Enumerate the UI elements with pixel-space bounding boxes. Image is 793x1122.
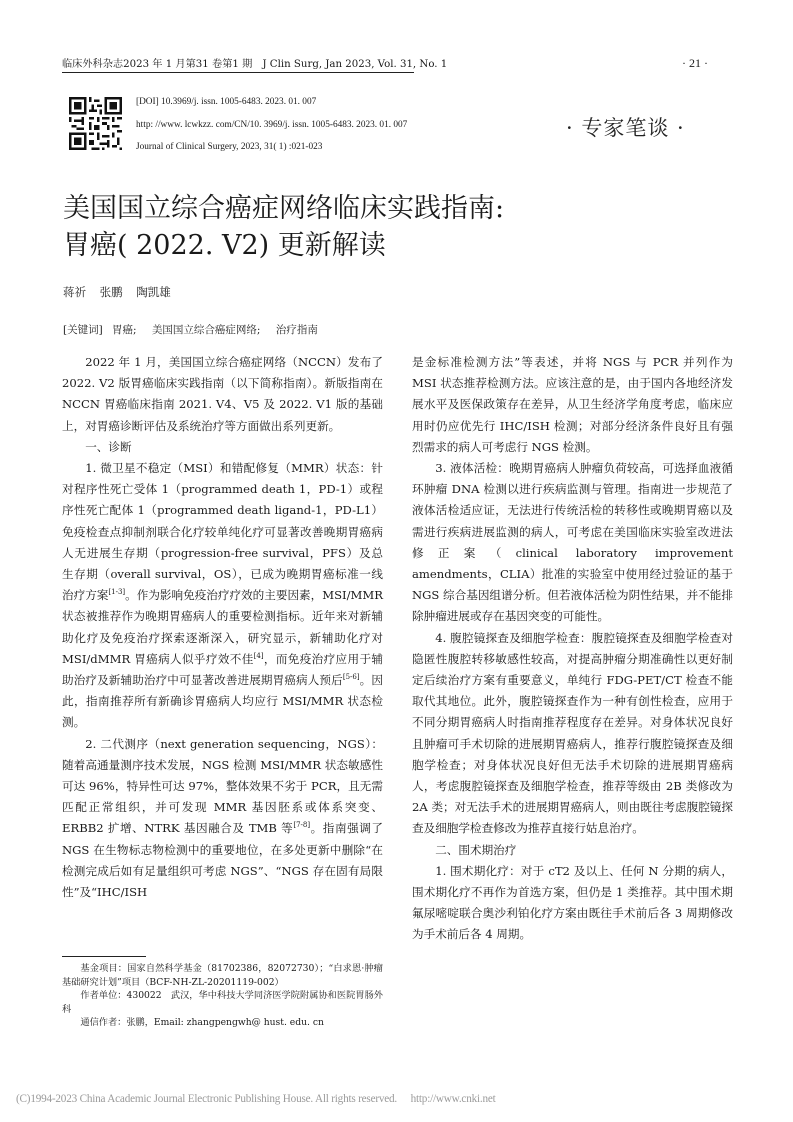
article-title: 美国国立综合癌症网络临床实践指南: 胃癌( 2022. V2) 更新解读 bbox=[63, 190, 563, 264]
author: 陶凯雄 bbox=[136, 285, 171, 299]
text: 1. 微卫星不稳定（MSI）和错配修复（MMR）状态：针对程序性死亡受体 1（p… bbox=[62, 461, 383, 602]
paragraph-laparoscopy: 4. 腹腔镜探查及细胞学检查：腹腔镜探查及细胞学检查对隐匿性腹腔转移敏感性较高，… bbox=[412, 628, 733, 840]
paragraph-perioperative-chemo: 1. 围术期化疗：对于 cT2 及以上、任何 N 分期的病人，围术期化疗不再作为… bbox=[412, 861, 733, 946]
copyright-footer: (C)1994-2023 China Academic Journal Elec… bbox=[16, 1090, 496, 1106]
keyword: 胃癌; bbox=[112, 324, 137, 336]
paragraph-liquid-biopsy: 3. 液体活检：晚期胃癌病人肿瘤负荷较高，可选择血液循环肿瘤 DNA 检测以进行… bbox=[412, 458, 733, 628]
paragraph-ngs: 2. 二代测序（next generation sequencing，NGS）：… bbox=[62, 734, 383, 904]
qr-code-icon[interactable] bbox=[69, 97, 122, 150]
citation: Journal of Clinical Surgery, 2023, 31( 1… bbox=[136, 142, 322, 152]
keywords: [关键词] 胃癌; 美国国立综合癌症网络; 治疗指南 bbox=[63, 322, 330, 337]
doi: [DOI] 10.3969/j. issn. 1005-6483. 2023. … bbox=[136, 97, 316, 107]
body-column-left: 2022 年 1 月，美国国立综合癌症网络（NCCN）发布了 2022. V2 … bbox=[62, 352, 383, 903]
paragraph-msi-mmr: 1. 微卫星不稳定（MSI）和错配修复（MMR）状态：针对程序性死亡受体 1（p… bbox=[62, 458, 383, 734]
intro-paragraph: 2022 年 1 月，美国国立综合癌症网络（NCCN）发布了 2022. V2 … bbox=[62, 352, 383, 437]
author: 张鹏 bbox=[100, 285, 123, 299]
citation-ref[interactable]: [1-3] bbox=[108, 588, 125, 596]
citation-ref[interactable]: [7-8] bbox=[293, 821, 310, 829]
section-heading-perioperative: 二、围术期治疗 bbox=[412, 840, 733, 861]
corresponding-author-note: 通信作者：张鹏，Email: zhangpengwh@ hust. edu. c… bbox=[62, 1016, 383, 1030]
title-line-2: 胃癌( 2022. V2) 更新解读 bbox=[63, 227, 563, 264]
keywords-label: [关键词] bbox=[63, 324, 103, 336]
author-list: 蒋祈 张鹏 陶凯雄 bbox=[63, 284, 171, 300]
footnote-divider bbox=[62, 956, 146, 957]
article-url[interactable]: http: //www. lcwkzz. com/CN/10. 3969/j. … bbox=[136, 120, 407, 130]
funding-note: 基金项目：国家自然科学基金（81702386，82072730）；“白求恩·肿瘤… bbox=[62, 962, 383, 989]
body-column-right: 是金标准检测方法”等表述，并将 NGS 与 PCR 并列作为 MSI 状态推荐检… bbox=[412, 352, 733, 946]
page-number: · 21 · bbox=[682, 56, 708, 71]
footnotes: 基金项目：国家自然科学基金（81702386，82072730）；“白求恩·肿瘤… bbox=[62, 962, 383, 1030]
running-head: 临床外科杂志2023 年 1 月第31 卷第1 期 J Clin Surg, J… bbox=[62, 58, 414, 73]
citation-ref[interactable]: [4] bbox=[254, 652, 264, 660]
title-line-1: 美国国立综合癌症网络临床实践指南: bbox=[63, 190, 563, 227]
keyword: 美国国立综合癌症网络; bbox=[152, 324, 261, 336]
column-tag: · 专家笔谈 · bbox=[566, 112, 685, 142]
section-heading-diagnosis: 一、诊断 bbox=[62, 437, 383, 458]
citation-ref[interactable]: [5-6] bbox=[343, 673, 360, 681]
affiliation-note: 作者单位：430022 武汉，华中科技大学同济医学院附属协和医院胃肠外科 bbox=[62, 989, 383, 1016]
author: 蒋祈 bbox=[63, 285, 86, 299]
keyword: 治疗指南 bbox=[276, 324, 318, 336]
paragraph-ngs-continued: 是金标准检测方法”等表述，并将 NGS 与 PCR 并列作为 MSI 状态推荐检… bbox=[412, 352, 733, 458]
